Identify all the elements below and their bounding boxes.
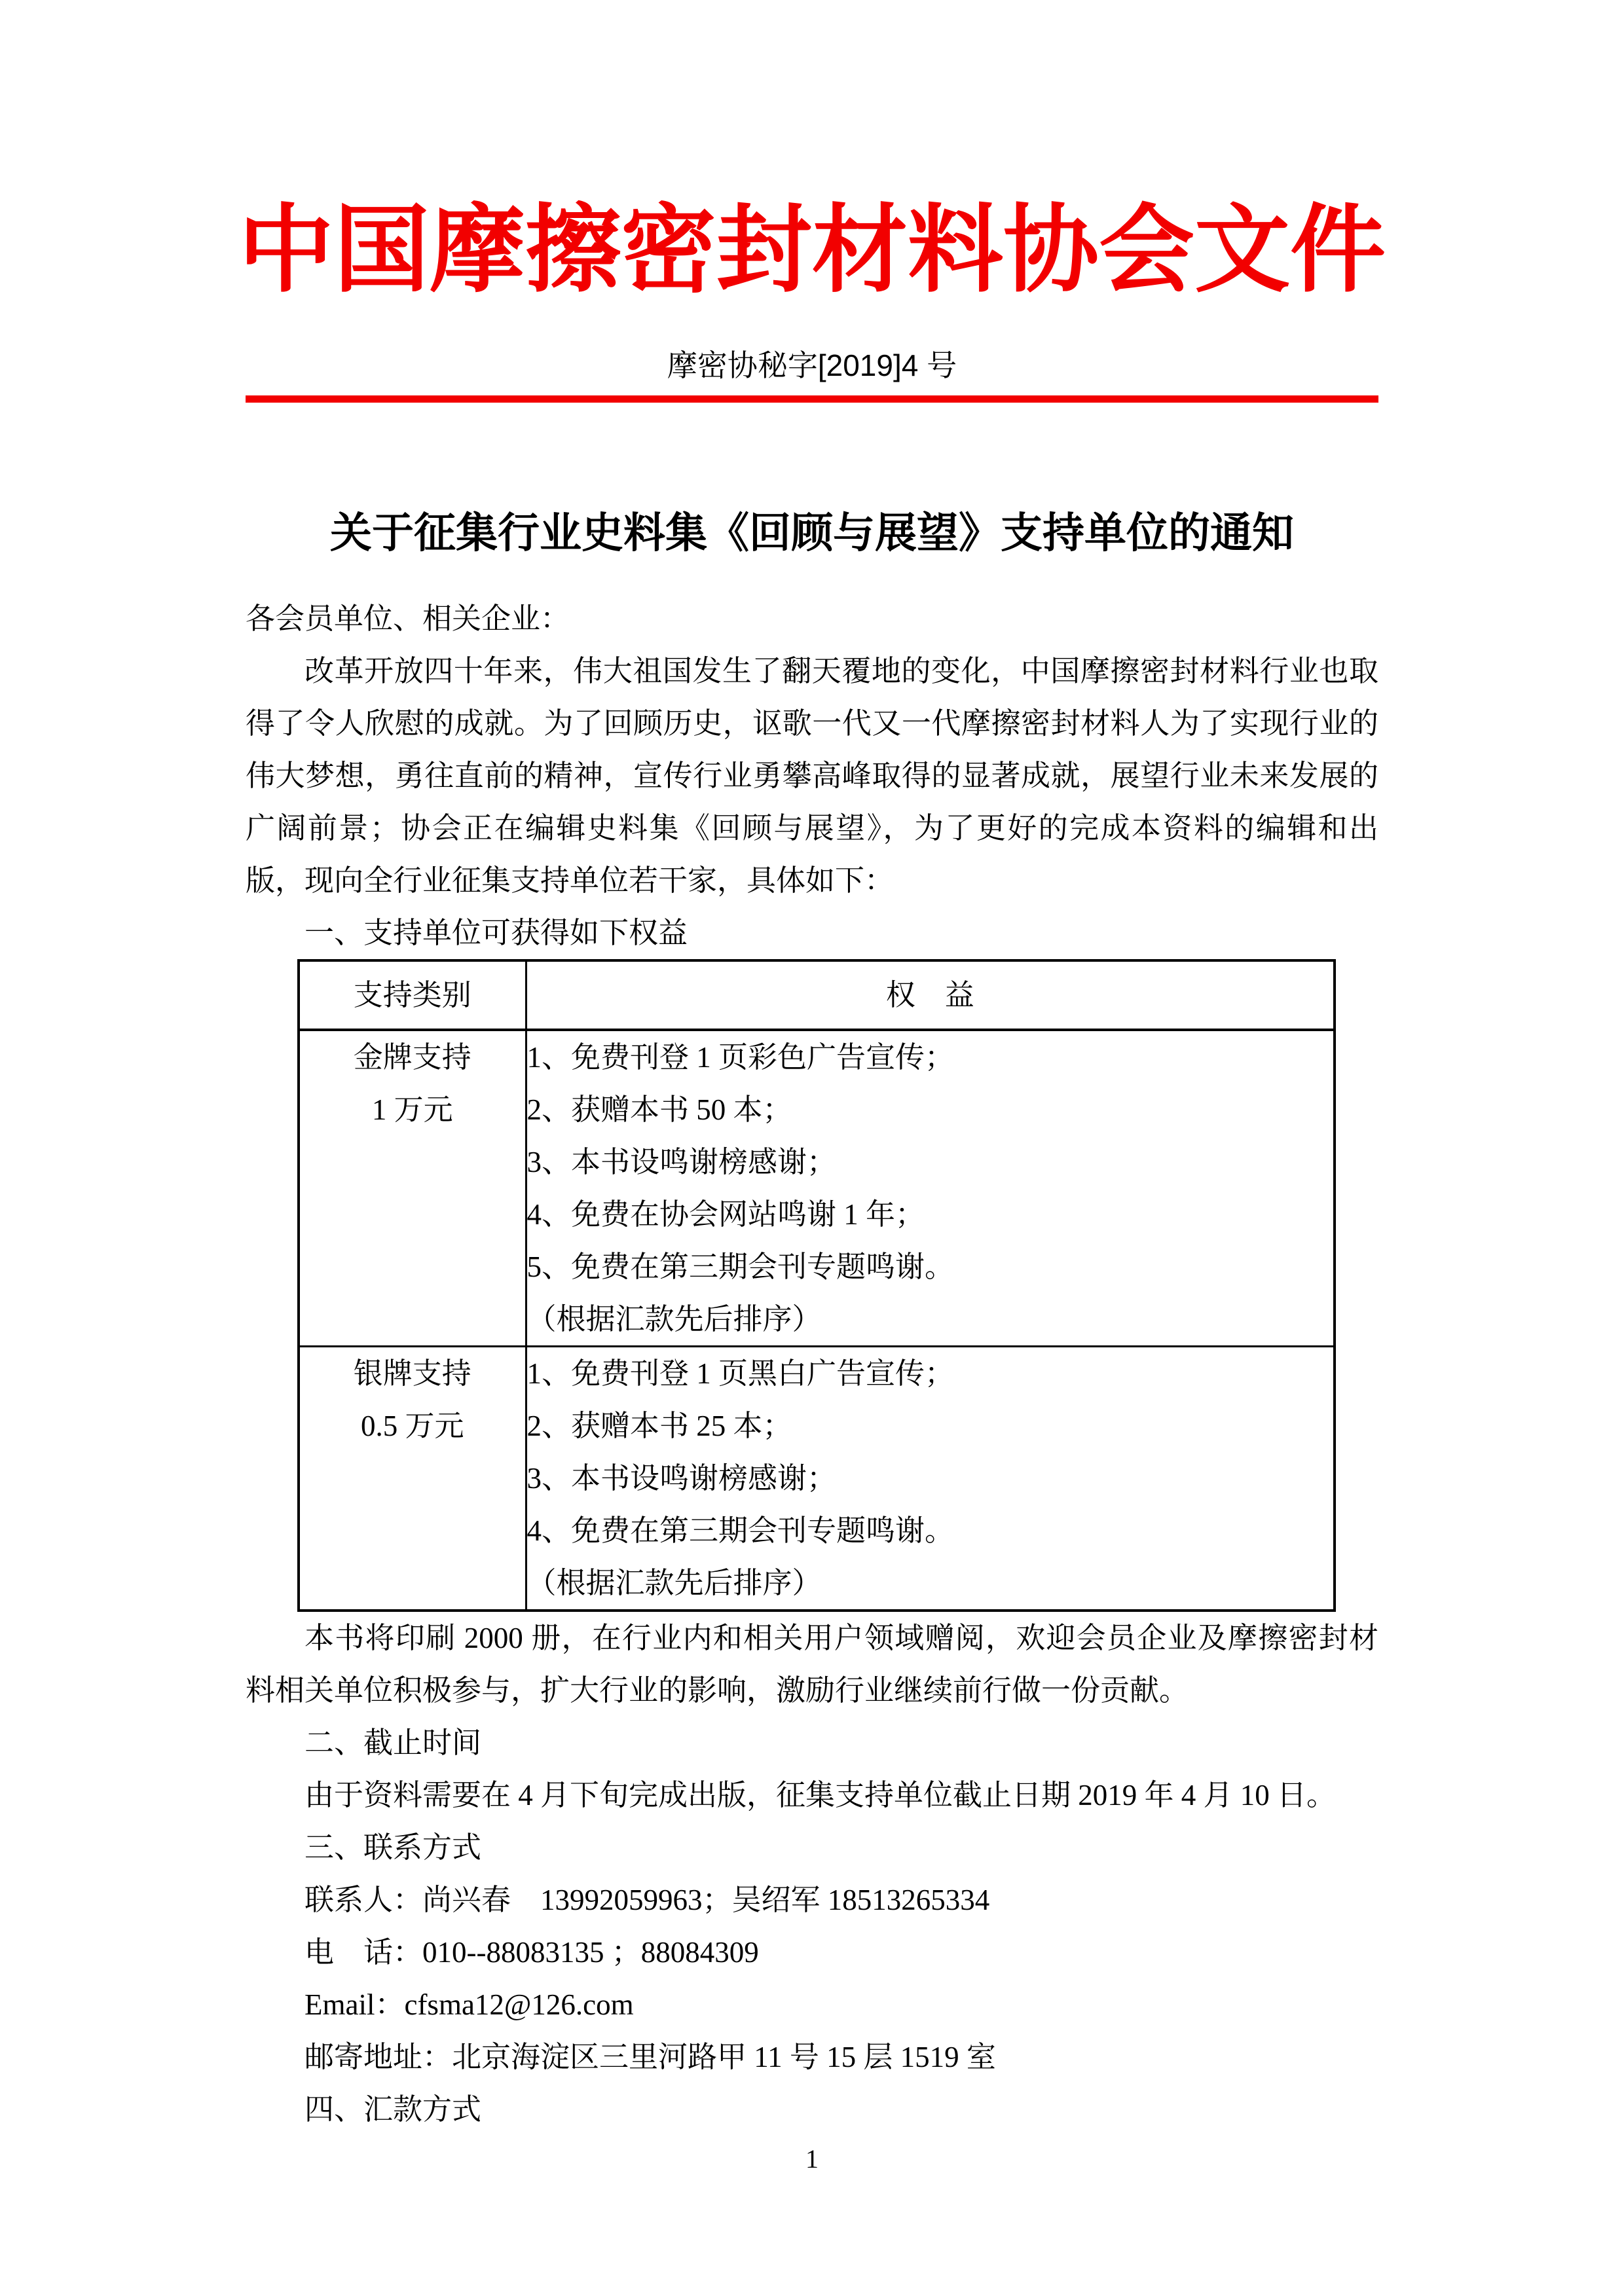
contact-phone-line: 电 话：010--88083135 ；88084309 bbox=[246, 1926, 1378, 1978]
notice-title: 关于征集行业史料集《回顾与展望》支持单位的通知 bbox=[246, 510, 1378, 556]
document-reference-number: 摩密协秘字[2019]4 号 bbox=[246, 348, 1378, 382]
section-2-heading: 二、截止时间 bbox=[246, 1717, 1378, 1769]
gold-benefits-cell: 1、免费刊登 1 页彩色广告宣传； 2、获赠本书 50 本； 3、本书设鸣谢榜感… bbox=[526, 1030, 1335, 1347]
benefit-item: 2、获赠本书 25 本； bbox=[527, 1400, 1334, 1452]
deadline-paragraph: 由于资料需要在 4 月下旬完成出版，征集支持单位截止日期 2019 年 4 月 … bbox=[246, 1769, 1378, 1821]
letterhead-divider-rule bbox=[246, 395, 1378, 403]
section-1-heading: 一、支持单位可获得如下权益 bbox=[246, 907, 1378, 959]
benefits-table: 支持类别 权 益 金牌支持 1 万元 1、免费刊登 1 页彩色广告宣传； 2、获… bbox=[297, 959, 1336, 1612]
silver-category-price: 0.5 万元 bbox=[300, 1400, 525, 1452]
benefit-item: 2、获赠本书 50 本； bbox=[527, 1084, 1334, 1136]
silver-benefits-cell: 1、免费刊登 1 页黑白广告宣传； 2、获赠本书 25 本； 3、本书设鸣谢榜感… bbox=[526, 1347, 1335, 1611]
benefit-item: 4、免费在协会网站鸣谢 1 年； bbox=[527, 1188, 1334, 1241]
benefit-item: 3、本书设鸣谢榜感谢； bbox=[527, 1136, 1334, 1188]
gold-category-cell: 金牌支持 1 万元 bbox=[299, 1030, 526, 1347]
gold-category-price: 1 万元 bbox=[300, 1084, 525, 1136]
table-header-row: 支持类别 权 益 bbox=[299, 960, 1335, 1030]
table-row-gold: 金牌支持 1 万元 1、免费刊登 1 页彩色广告宣传； 2、获赠本书 50 本；… bbox=[299, 1030, 1335, 1347]
notice-body: 各会员单位、相关企业： 改革开放四十年来，伟大祖国发生了翻天覆地的变化，中国摩擦… bbox=[246, 592, 1378, 2136]
section-4-heading: 四、汇款方式 bbox=[246, 2083, 1378, 2136]
contact-person-line: 联系人：尚兴春 13992059963；吴绍军 18513265334 bbox=[246, 1874, 1378, 1926]
benefit-item-note: （根据汇款先后排序） bbox=[527, 1557, 1334, 1609]
silver-category-cell: 银牌支持 0.5 万元 bbox=[299, 1347, 526, 1611]
silver-category-name: 银牌支持 bbox=[300, 1347, 525, 1400]
salutation-line: 各会员单位、相关企业： bbox=[246, 592, 1378, 645]
section-3-heading: 三、联系方式 bbox=[246, 1821, 1378, 1874]
document-page: 中国摩擦密封材料协会文件 摩密协秘字[2019]4 号 关于征集行业史料集《回顾… bbox=[0, 0, 1624, 2296]
document-content: 中国摩擦密封材料协会文件 摩密协秘字[2019]4 号 关于征集行业史料集《回顾… bbox=[0, 0, 1624, 2179]
benefit-item: 1、免费刊登 1 页彩色广告宣传； bbox=[527, 1031, 1334, 1084]
table-header-benefits: 权 益 bbox=[526, 960, 1335, 1030]
benefit-item-note: （根据汇款先后排序） bbox=[527, 1293, 1334, 1345]
benefit-item: 3、本书设鸣谢榜感谢； bbox=[527, 1452, 1334, 1504]
gold-category-name: 金牌支持 bbox=[300, 1031, 525, 1084]
table-header-category: 支持类别 bbox=[299, 960, 526, 1030]
contact-address-line: 邮寄地址：北京海淀区三里河路甲 11 号 15 层 1519 室 bbox=[246, 2031, 1378, 2083]
organization-letterhead-title: 中国摩擦密封材料协会文件 bbox=[230, 194, 1394, 306]
page-number: 1 bbox=[246, 2140, 1378, 2179]
intro-paragraph: 改革开放四十年来，伟大祖国发生了翻天覆地的变化，中国摩擦密封材料行业也取得了令人… bbox=[246, 645, 1378, 907]
print-run-paragraph: 本书将印刷 2000 册，在行业内和相关用户领域赠阅，欢迎会员企业及摩擦密封材料… bbox=[246, 1612, 1378, 1717]
benefit-item: 5、免费在第三期会刊专题鸣谢。 bbox=[527, 1241, 1334, 1293]
benefit-item: 1、免费刊登 1 页黑白广告宣传； bbox=[527, 1347, 1334, 1400]
benefit-item: 4、免费在第三期会刊专题鸣谢。 bbox=[527, 1504, 1334, 1557]
contact-email-line: Email：cfsma12@126.com bbox=[246, 1978, 1378, 2031]
table-row-silver: 银牌支持 0.5 万元 1、免费刊登 1 页黑白广告宣传； 2、获赠本书 25 … bbox=[299, 1347, 1335, 1611]
